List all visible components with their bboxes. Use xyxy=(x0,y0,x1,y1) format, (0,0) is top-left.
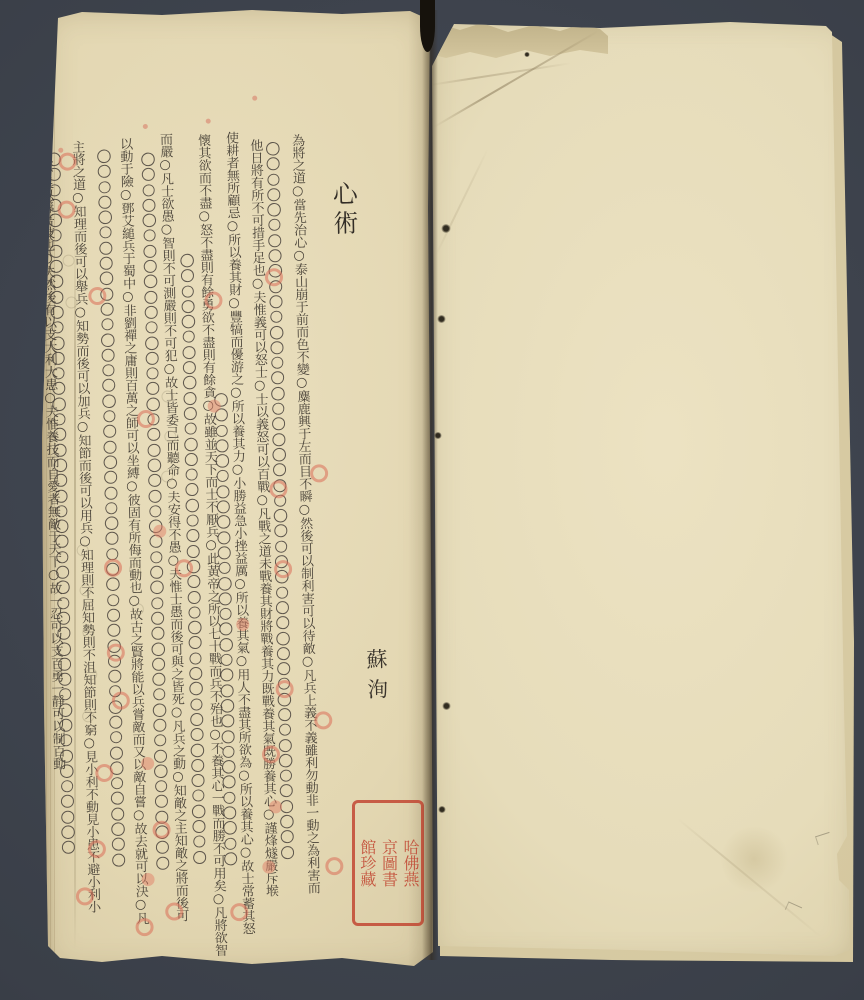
pencil-scribble xyxy=(785,901,802,915)
emphasis-circle xyxy=(103,440,116,453)
emphasis-circle xyxy=(268,249,281,262)
emphasis-circle xyxy=(51,397,66,412)
emphasis-circle xyxy=(149,580,164,595)
emphasis-circle xyxy=(275,631,290,646)
emphasis-circle xyxy=(147,443,160,456)
emphasis-circle xyxy=(188,681,203,696)
emphasis-circle xyxy=(100,318,113,331)
bleed-through-circle xyxy=(85,668,97,680)
emphasis-circle xyxy=(188,636,201,649)
emphasis-circle xyxy=(189,697,202,710)
emphasis-circle xyxy=(150,612,163,625)
emphasis-circle xyxy=(191,804,206,819)
emphasis-circle xyxy=(221,730,234,743)
emphasis-circle xyxy=(217,531,230,544)
emphasis-circle xyxy=(109,746,122,759)
emphasis-circle xyxy=(276,647,289,660)
emphasis-circle xyxy=(192,850,205,863)
emphasis-circle xyxy=(48,274,63,289)
emphasis-circle xyxy=(55,535,68,548)
emphasis-circle xyxy=(187,620,202,635)
emphasis-circle xyxy=(48,229,61,242)
emphasis-circle xyxy=(58,688,71,701)
emphasis-circle xyxy=(53,443,66,456)
emphasis-circle xyxy=(144,306,157,319)
emphasis-circle xyxy=(102,410,115,423)
emphasis-circle xyxy=(187,606,200,619)
emphasis-circle xyxy=(50,306,63,319)
stitch-hole xyxy=(442,702,451,710)
emphasis-circle xyxy=(102,379,115,392)
page-title: 心術 xyxy=(325,180,362,239)
emphasis-circle xyxy=(274,540,287,553)
emphasis-circle xyxy=(56,596,69,609)
emphasis-circle xyxy=(222,821,237,836)
emphasis-circle xyxy=(188,652,201,665)
crease-line xyxy=(435,147,489,256)
emphasis-circle xyxy=(141,213,156,228)
emphasis-circle xyxy=(47,183,60,196)
emphasis-circle xyxy=(101,349,114,362)
emphasis-circle xyxy=(98,196,111,209)
emphasis-circle xyxy=(54,504,67,517)
emphasis-circle xyxy=(141,168,154,181)
emphasis-circle xyxy=(224,852,237,865)
emphasis-circle xyxy=(110,777,123,790)
emphasis-circle xyxy=(218,592,231,605)
emphasis-circle xyxy=(105,577,120,592)
red-reading-mark xyxy=(141,873,154,886)
emphasis-circle xyxy=(110,822,125,837)
emphasis-circle xyxy=(50,290,63,303)
emphasis-circle xyxy=(187,590,200,603)
emphasis-circle xyxy=(217,576,232,591)
red-reading-mark xyxy=(314,711,332,729)
emphasis-circle xyxy=(221,714,234,727)
emphasis-circle xyxy=(106,608,119,621)
emphasis-circle xyxy=(148,505,161,518)
emphasis-circle xyxy=(57,657,70,670)
emphasis-circle xyxy=(142,229,155,242)
emphasis-circle xyxy=(52,458,67,473)
emphasis-circle xyxy=(187,575,200,588)
emphasis-circle xyxy=(149,550,162,563)
emphasis-circle xyxy=(146,382,159,395)
emphasis-circle xyxy=(215,439,228,452)
emphasis-circle xyxy=(51,367,64,380)
emphasis-circle xyxy=(150,596,163,609)
emphasis-circle xyxy=(278,723,291,736)
emphasis-circle xyxy=(110,792,123,805)
emphasis-circle xyxy=(182,361,195,374)
left-page: 心術 蘇洵 為將之道○當先治心○泰山崩于前而色不變○麋鹿興于左而目不瞬○然後可以… xyxy=(42,8,434,974)
emphasis-circle xyxy=(49,260,62,273)
pencil-scribble xyxy=(815,832,832,845)
emphasis-circle xyxy=(54,519,69,534)
emphasis-circle xyxy=(151,657,164,670)
emphasis-circle xyxy=(98,271,113,286)
emphasis-circle xyxy=(55,580,70,595)
emphasis-circle xyxy=(61,841,74,854)
emphasis-circle xyxy=(179,253,194,268)
emphasis-circle xyxy=(182,346,195,359)
emphasis-circle xyxy=(192,835,205,848)
book-scan: 心術 蘇洵 為將之道○當先治心○泰山崩于前而色不變○麋鹿興于左而目不瞬○然後可以… xyxy=(0,0,864,1000)
red-reading-mark xyxy=(204,291,222,309)
emphasis-circle xyxy=(181,300,194,313)
paper-speck xyxy=(206,119,211,124)
emphasis-circle xyxy=(182,375,197,390)
emphasis-circle xyxy=(270,372,283,385)
emphasis-circle xyxy=(155,841,168,854)
crease-line xyxy=(430,62,573,86)
emphasis-circle xyxy=(107,624,120,637)
emphasis-circle xyxy=(275,586,288,599)
emphasis-circle xyxy=(278,708,291,721)
emphasis-circle xyxy=(156,856,169,869)
emphasis-circle xyxy=(181,285,194,298)
emphasis-circle xyxy=(184,453,197,466)
emphasis-circle xyxy=(147,428,160,441)
emphasis-circle xyxy=(278,739,291,752)
emphasis-circle xyxy=(277,662,290,675)
emphasis-circle xyxy=(154,780,167,793)
emphasis-circle xyxy=(221,745,234,758)
emphasis-circle xyxy=(144,335,159,350)
emphasis-circle xyxy=(142,199,155,212)
emphasis-circle xyxy=(59,719,72,732)
emphasis-circle xyxy=(216,470,229,483)
emphasis-circle xyxy=(97,165,110,178)
emphasis-circle xyxy=(96,149,111,164)
emphasis-circle xyxy=(275,601,288,614)
emphasis-circle xyxy=(219,653,232,666)
emphasis-circle xyxy=(59,764,74,779)
emphasis-circle xyxy=(218,607,231,620)
emphasis-circle xyxy=(220,684,233,697)
paper-stain xyxy=(718,826,790,892)
emphasis-circle xyxy=(104,486,117,499)
emphasis-circle xyxy=(145,352,158,365)
right-page xyxy=(430,18,854,962)
emphasis-circle xyxy=(214,454,229,469)
emphasis-circle xyxy=(57,627,70,640)
emphasis-circle xyxy=(111,807,124,820)
bleed-through-circle xyxy=(132,603,144,615)
emphasis-circle xyxy=(61,810,74,823)
emphasis-circle xyxy=(268,234,281,247)
emphasis-circle xyxy=(99,241,112,254)
emphasis-circle xyxy=(109,731,122,744)
emphasis-circle xyxy=(58,673,71,686)
stitch-hole xyxy=(437,315,446,323)
emphasis-circle xyxy=(184,498,199,513)
emphasis-circle xyxy=(184,468,197,481)
emphasis-circle xyxy=(101,364,114,377)
emphasis-circle xyxy=(52,382,65,395)
author-name: 蘇洵 xyxy=(361,648,392,709)
emphasis-circle xyxy=(151,702,166,717)
emphasis-circle xyxy=(280,846,293,859)
emphasis-circle xyxy=(190,713,203,726)
emphasis-circle xyxy=(153,719,166,732)
emphasis-circle xyxy=(272,463,285,476)
emphasis-circle xyxy=(279,784,292,797)
emphasis-circle xyxy=(100,332,115,347)
emphasis-circle xyxy=(112,853,125,866)
red-reading-mark xyxy=(325,857,343,875)
emphasis-circle xyxy=(274,524,287,537)
emphasis-circle xyxy=(143,274,158,289)
emphasis-circle xyxy=(216,485,229,498)
emphasis-circle xyxy=(50,335,65,350)
emphasis-circle xyxy=(143,245,156,258)
emphasis-circle xyxy=(280,830,293,843)
emphasis-circle xyxy=(140,152,155,167)
emphasis-circle xyxy=(222,776,235,789)
emphasis-circle xyxy=(102,455,117,470)
emphasis-circle xyxy=(55,550,68,563)
red-reading-mark xyxy=(88,840,106,858)
emphasis-circle xyxy=(59,749,72,762)
emphasis-circle xyxy=(153,749,166,762)
emphasis-circle xyxy=(182,330,195,343)
emphasis-circle xyxy=(218,637,233,652)
emphasis-circle xyxy=(146,458,161,473)
emphasis-circle xyxy=(54,474,67,487)
emphasis-circle xyxy=(223,806,236,819)
spine-gap xyxy=(420,0,435,52)
emphasis-circle xyxy=(56,612,69,625)
emphasis-circle xyxy=(219,623,232,636)
emphasis-circle xyxy=(272,508,287,523)
emphasis-circle xyxy=(141,183,154,196)
emphasis-circle xyxy=(105,532,118,545)
emphasis-circle xyxy=(180,314,195,329)
emphasis-circle xyxy=(189,742,204,757)
emphasis-circle xyxy=(271,402,284,415)
emphasis-circle xyxy=(192,820,205,833)
emphasis-circle xyxy=(50,321,63,334)
emphasis-circle xyxy=(191,789,204,802)
red-reading-mark xyxy=(274,560,292,578)
emphasis-circle xyxy=(57,702,72,717)
spine-shadow xyxy=(422,10,438,960)
emphasis-circle xyxy=(269,325,284,340)
emphasis-circle xyxy=(60,795,73,808)
emphasis-circle xyxy=(271,447,286,462)
emphasis-circle xyxy=(180,269,193,282)
emphasis-circle xyxy=(104,501,117,514)
emphasis-circle xyxy=(150,566,163,579)
emphasis-circle xyxy=(270,386,285,401)
emphasis-circle xyxy=(144,321,157,334)
emphasis-circle xyxy=(267,219,280,232)
emphasis-circle xyxy=(148,474,161,487)
emphasis-circle xyxy=(97,180,110,193)
emphasis-circle xyxy=(266,173,279,186)
emphasis-circle xyxy=(152,673,165,686)
emphasis-circle xyxy=(185,483,198,496)
emphasis-circle xyxy=(223,837,236,850)
emphasis-circle xyxy=(272,433,285,446)
emphasis-circle xyxy=(60,825,75,840)
emphasis-circle xyxy=(52,413,65,426)
emphasis-circle xyxy=(55,566,68,579)
emphasis-circle xyxy=(276,616,289,629)
seal-text-column: 館珍藏 xyxy=(357,839,376,887)
emphasis-circle xyxy=(103,425,116,438)
paper-speck xyxy=(143,124,148,129)
emphasis-circle xyxy=(109,716,122,729)
emphasis-circle xyxy=(221,759,236,774)
emphasis-circle xyxy=(185,514,198,527)
emphasis-circle xyxy=(145,367,158,380)
seal-text-column: 哈佛燕 xyxy=(400,839,419,887)
emphasis-circle xyxy=(215,424,228,437)
emphasis-circle xyxy=(47,168,60,181)
emphasis-circle xyxy=(266,157,279,170)
emphasis-circle xyxy=(183,407,196,420)
emphasis-circle xyxy=(189,667,202,680)
emphasis-circle xyxy=(186,529,199,542)
emphasis-circle xyxy=(53,428,66,441)
emphasis-circle xyxy=(217,562,230,575)
emphasis-circle xyxy=(144,290,157,303)
emphasis-circle xyxy=(269,295,282,308)
emphasis-circle xyxy=(186,545,199,558)
emphasis-circle xyxy=(153,764,168,779)
emphasis-circle xyxy=(99,257,112,270)
emphasis-circle xyxy=(111,838,124,851)
emphasis-circle xyxy=(54,489,67,502)
red-reading-mark xyxy=(107,643,125,661)
emphasis-circle xyxy=(279,814,294,829)
stitch-hole xyxy=(441,224,451,233)
emphasis-circle xyxy=(106,593,119,606)
emphasis-circle xyxy=(150,641,165,656)
red-reading-mark xyxy=(310,464,328,482)
emphasis-circle xyxy=(279,769,292,782)
emphasis-circle xyxy=(108,670,121,683)
library-seal: 哈佛燕京圖書館珍藏 xyxy=(352,800,424,926)
emphasis-circle xyxy=(216,500,229,513)
emphasis-circle xyxy=(265,141,280,156)
emphasis-circle xyxy=(59,734,72,747)
emphasis-circle xyxy=(267,188,280,201)
emphasis-circle xyxy=(101,393,116,408)
emphasis-circle xyxy=(270,356,283,369)
emphasis-circle xyxy=(216,515,231,530)
emphasis-circle xyxy=(183,437,198,452)
emphasis-circle xyxy=(151,627,164,640)
emphasis-circle xyxy=(104,516,119,531)
emphasis-circle xyxy=(97,210,112,225)
emphasis-circle xyxy=(100,303,113,316)
paper-speck xyxy=(252,96,257,101)
emphasis-circle xyxy=(191,759,204,772)
red-reading-mark xyxy=(135,918,153,936)
emphasis-circle xyxy=(217,546,230,559)
emphasis-circle xyxy=(51,352,64,365)
emphasis-circle xyxy=(153,734,166,747)
emphasis-circle xyxy=(191,774,204,787)
emphasis-circle xyxy=(184,422,197,435)
binding-spine xyxy=(422,0,438,980)
emphasis-circle xyxy=(143,260,156,273)
emphasis-circle xyxy=(219,698,234,713)
emphasis-circle xyxy=(190,728,203,741)
emphasis-circle xyxy=(104,471,117,484)
emphasis-circle xyxy=(56,641,71,656)
emphasis-circle xyxy=(148,489,161,502)
emphasis-circle xyxy=(271,417,284,430)
emphasis-circle xyxy=(220,669,233,682)
emphasis-circle xyxy=(60,780,73,793)
emphasis-circle xyxy=(98,226,111,239)
emphasis-circle xyxy=(222,791,235,804)
emphasis-circle xyxy=(152,688,165,701)
emphasis-circle xyxy=(183,392,196,405)
emphasis-circle xyxy=(49,245,62,258)
emphasis-circle xyxy=(269,310,282,323)
emphasis-circle xyxy=(270,341,283,354)
seal-text-column: 京圖書 xyxy=(379,839,398,887)
paper-speck xyxy=(58,148,63,153)
emphasis-circle xyxy=(266,202,281,217)
emphasis-circle xyxy=(154,795,167,808)
